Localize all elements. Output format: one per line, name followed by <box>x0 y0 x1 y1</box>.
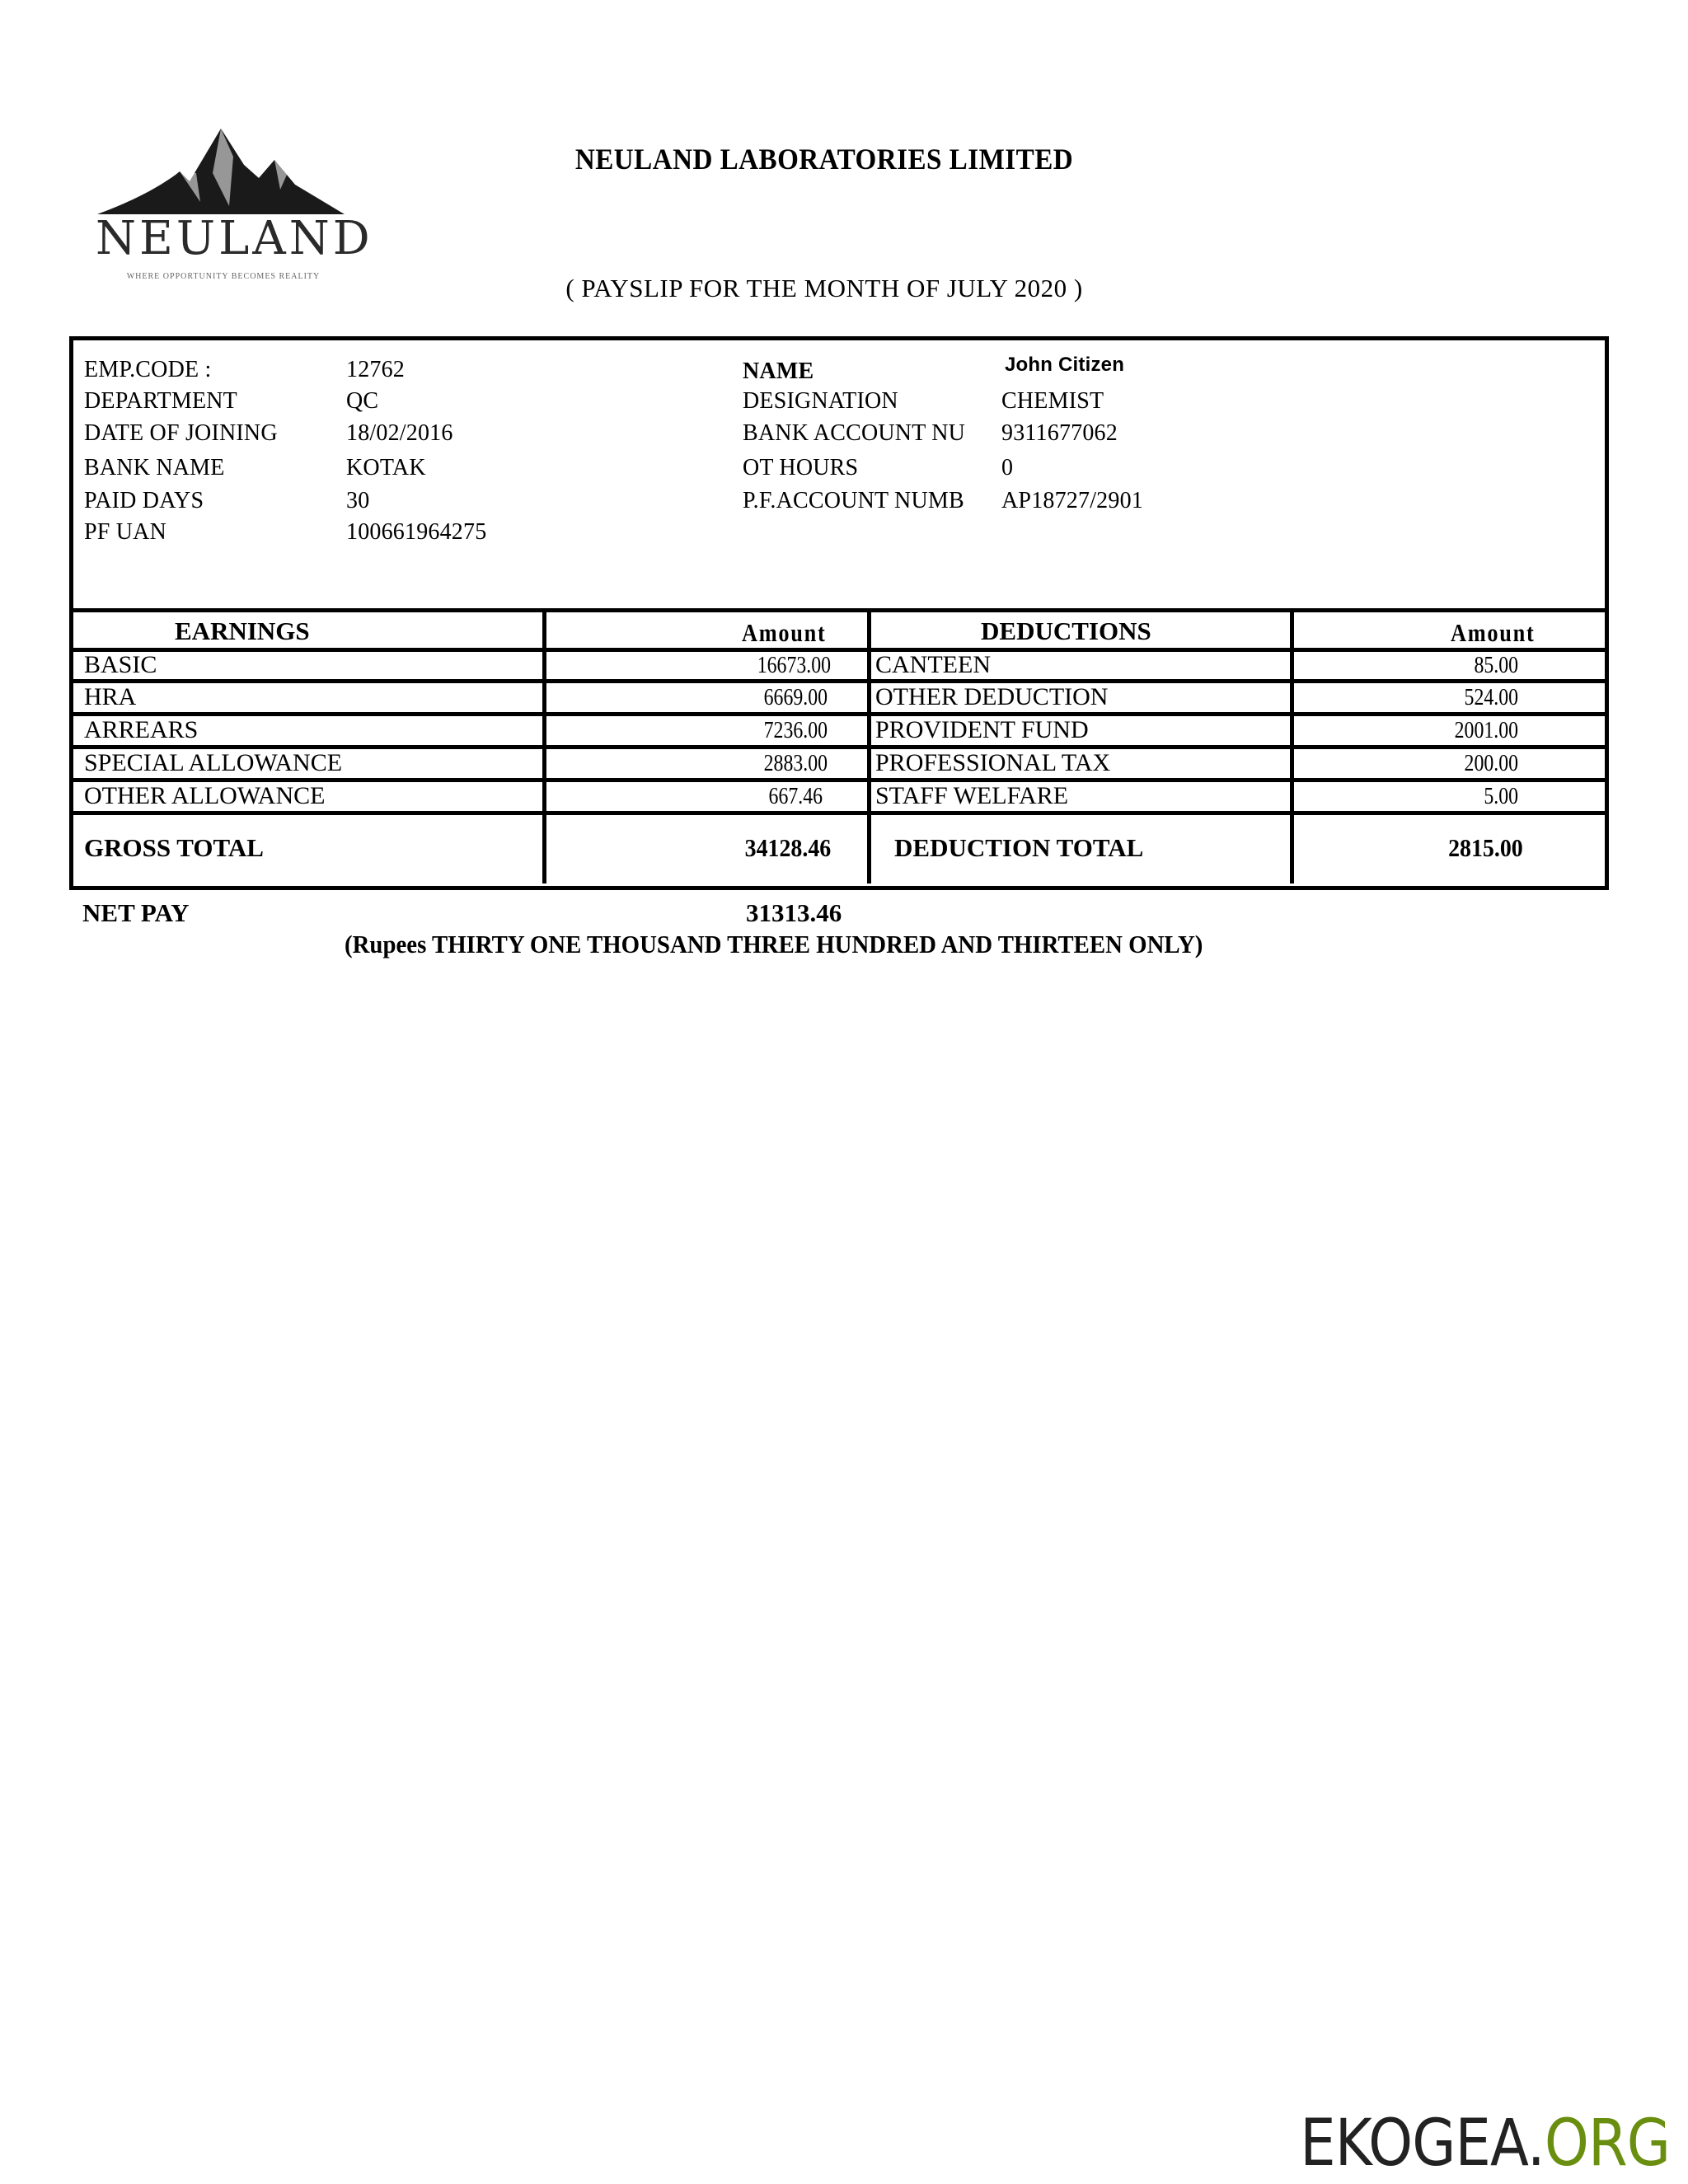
info-label: EMP.CODE : <box>84 359 211 382</box>
info-value: AP18727/2901 <box>1001 490 1143 513</box>
watermark: EKOGEA.ORG <box>1300 2111 1670 2176</box>
info-label: DESIGNATION <box>743 390 898 413</box>
deduction-amount: 200.00 <box>1465 752 1518 776</box>
info-label: NAME <box>743 360 814 383</box>
info-label: DATE OF JOINING <box>84 422 278 445</box>
column-divider <box>867 610 871 883</box>
watermark-tld: ORG <box>1545 2107 1670 2181</box>
deduction-label: CANTEEN <box>875 653 991 677</box>
info-value: KOTAK <box>346 457 426 480</box>
info-label: P.F.ACCOUNT NUMB <box>743 490 964 513</box>
earning-label: BASIC <box>84 653 157 677</box>
info-value: 9311677062 <box>1001 422 1118 445</box>
employee-name: John Citizen <box>1005 355 1124 375</box>
deduction-label: OTHER DEDUCTION <box>875 685 1108 710</box>
earnings-amount-header: Amount <box>742 620 826 645</box>
earning-amount: 667.46 <box>769 785 823 808</box>
deductions-amount-header: Amount <box>1451 620 1535 645</box>
earning-amount: 7236.00 <box>764 719 828 743</box>
gross-total-label: GROSS TOTAL <box>84 835 264 860</box>
deduction-label: PROFESSIONAL TAX <box>875 751 1110 776</box>
logo-wordmark: NEULAND <box>96 216 351 262</box>
deduction-amount: 2001.00 <box>1455 719 1518 743</box>
column-divider <box>542 610 546 883</box>
info-value: CHEMIST <box>1001 390 1104 413</box>
deduction-label: PROVIDENT FUND <box>875 718 1089 743</box>
info-label: OT HOURS <box>743 457 858 480</box>
row-divider <box>69 679 1609 683</box>
gross-total-value: 34128.46 <box>744 835 831 860</box>
info-value: 0 <box>1001 457 1013 480</box>
deductions-header: DEDUCTIONS <box>981 618 1151 644</box>
info-value: 100661964275 <box>346 521 486 544</box>
row-divider <box>69 712 1609 716</box>
deduction-label: STAFF WELFARE <box>875 784 1068 808</box>
row-divider <box>69 811 1609 815</box>
row-divider <box>69 648 1609 652</box>
earning-label: SPECIAL ALLOWANCE <box>84 751 342 776</box>
earnings-header: EARNINGS <box>175 618 310 644</box>
watermark-main: EKOGEA. <box>1300 2107 1545 2181</box>
earning-label: OTHER ALLOWANCE <box>84 784 325 808</box>
earning-amount: 2883.00 <box>764 752 828 776</box>
earning-amount: 6669.00 <box>764 687 828 710</box>
deduction-total-value: 2815.00 <box>1448 835 1523 860</box>
info-label: PF UAN <box>84 521 166 544</box>
net-pay-value: 31313.46 <box>746 898 842 928</box>
company-title: NEULAND LABORATORIES LIMITED <box>66 142 1582 176</box>
deduction-total-label: DEDUCTION TOTAL <box>894 835 1143 860</box>
earning-label: HRA <box>84 685 136 710</box>
net-pay-in-words: (Rupees THIRTY ONE THOUSAND THREE HUNDRE… <box>345 930 1203 959</box>
deduction-amount: 524.00 <box>1465 687 1518 710</box>
info-label: DEPARTMENT <box>84 390 237 413</box>
info-label: PAID DAYS <box>84 490 204 513</box>
info-label: BANK NAME <box>84 457 225 480</box>
table-top-divider <box>69 608 1609 612</box>
earning-label: ARREARS <box>84 718 198 743</box>
info-value: QC <box>346 390 378 413</box>
payslip-subtitle: ( PAYSLIP FOR THE MONTH OF JULY 2020 ) <box>0 274 1648 303</box>
info-value: 30 <box>346 490 369 513</box>
info-value: 12762 <box>346 359 405 382</box>
info-value: 18/02/2016 <box>346 422 453 445</box>
column-divider <box>1290 610 1294 883</box>
deduction-amount: 85.00 <box>1474 654 1518 677</box>
deduction-amount: 5.00 <box>1484 785 1518 808</box>
net-pay-label: NET PAY <box>82 898 190 928</box>
earning-amount: 16673.00 <box>757 654 831 677</box>
info-label: BANK ACCOUNT NU <box>743 422 965 445</box>
